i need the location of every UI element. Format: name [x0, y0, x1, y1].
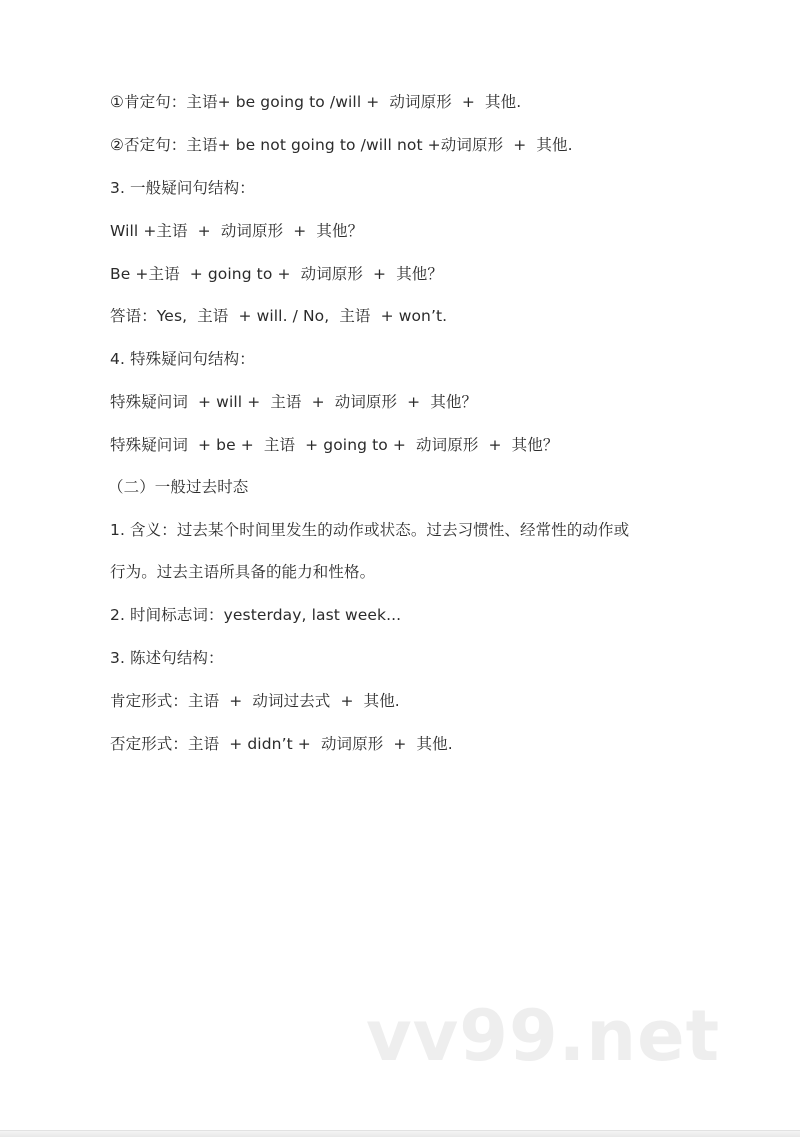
watermark: vv99.net — [366, 996, 720, 1076]
will-question-rule: Will +主语 + 动词原形 + 其他？ — [110, 221, 363, 241]
simple-past-section-heading: （二）一般过去时态 — [108, 477, 248, 497]
be-going-to-question-rule: Be +主语 + going to + 动词原形 + 其他？ — [110, 264, 443, 284]
past-negative-rule: 否定形式：主语 + didn’t + 动词原形 + 其他. — [110, 734, 453, 754]
document-page: ①肯定句：主语+ be going to /will + 动词原形 + 其他. … — [0, 0, 800, 1130]
page-bottom-edge — [0, 1130, 800, 1137]
affirmative-sentence-rule: ①肯定句：主语+ be going to /will + 动词原形 + 其他. — [110, 92, 521, 112]
past-affirmative-rule: 肯定形式：主语 + 动词过去式 + 其他. — [110, 691, 400, 711]
meaning-paragraph-line-1: 1. 含义：过去某个时间里发生的动作或状态。过去习惯性、经常性的动作或 — [110, 520, 629, 540]
time-markers-line: 2. 时间标志词：yesterday, last week... — [110, 605, 401, 625]
special-be-going-to-question-rule: 特殊疑问词 + be + 主语 + going to + 动词原形 + 其他？ — [110, 435, 558, 455]
special-will-question-rule: 特殊疑问词 + will + 主语 + 动词原形 + 其他？ — [110, 392, 477, 412]
meaning-paragraph-line-2: 行为。过去主语所具备的能力和性格。 — [110, 562, 375, 582]
negative-sentence-rule: ②否定句：主语+ be not going to /will not +动词原形… — [110, 135, 573, 155]
answer-rule: 答语：Yes, 主语 + will. / No, 主语 + won’t. — [110, 306, 447, 326]
declarative-structure-heading: 3. 陈述句结构： — [110, 648, 224, 668]
special-question-heading: 4. 特殊疑问句结构： — [110, 349, 255, 369]
general-question-heading: 3. 一般疑问句结构： — [110, 178, 255, 198]
